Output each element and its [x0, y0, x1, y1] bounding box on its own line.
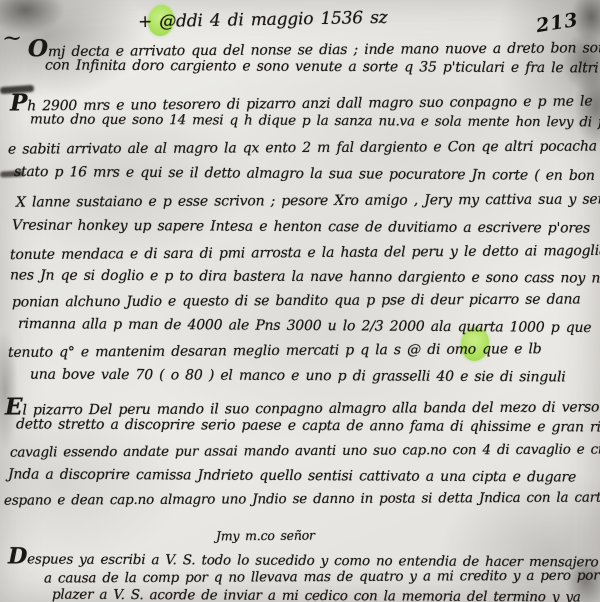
manuscript-line: nes Jn qe si doglio e p to dira bastera …	[10, 267, 600, 286]
manuscript-line: muto dno que sono 14 mesi q h dique p la…	[30, 111, 600, 130]
manuscript-line: X lanne sustaiano e p esse scrivon ; pes…	[16, 191, 600, 210]
manuscript-line: tonute mendaca e di sara di pmi arrosta …	[10, 243, 600, 263]
manuscript-line: ponian alchuno Judio e questo di se band…	[12, 292, 581, 311]
manuscript-line: tenuto q° e mantenim desaran meglio merc…	[8, 341, 542, 361]
manuscript-line: e sabiti arrivato ale al magro la qx ent…	[8, 138, 600, 157]
manuscript-line: Jnda a discoprire camissa Jndrieto quell…	[8, 467, 576, 486]
manuscript-line: a causa de la comp por q no llevava mas …	[44, 567, 600, 586]
manuscript-line: stato p 16 mrs e qui se il detto almagro…	[14, 164, 595, 184]
manuscript-line: plazer a V. S. acorde de inviar a mi ced…	[52, 587, 581, 602]
margin-flourish: ~	[2, 24, 22, 52]
manuscript-page: + @ddi 4 di maggio 1536 sz 213 ~ Omj dec…	[0, 0, 600, 602]
manuscript-line: rimanna alla p man de 4000 ale Pns 3000 …	[18, 316, 592, 336]
manuscript-line: Vresinar honkey up sapere Intesa e hento…	[12, 217, 590, 236]
manuscript-line: cavagli essendo andate pur assai mando a…	[10, 441, 600, 460]
manuscript-line: detto stretto a discoprire serio paese e…	[16, 416, 600, 435]
manuscript-line: una bove vale 70 ( o 80 ) el manco e uno…	[30, 367, 566, 386]
manuscript-line: con Infinita doro cargiento e sono venut…	[45, 57, 600, 76]
header-date-line: + @ddi 4 di maggio 1536 sz	[138, 8, 388, 32]
manuscript-line: espano e dean cap.no almagro uno Jndio s…	[4, 489, 600, 508]
invocation-line: Jmy m.co señor	[216, 528, 315, 544]
